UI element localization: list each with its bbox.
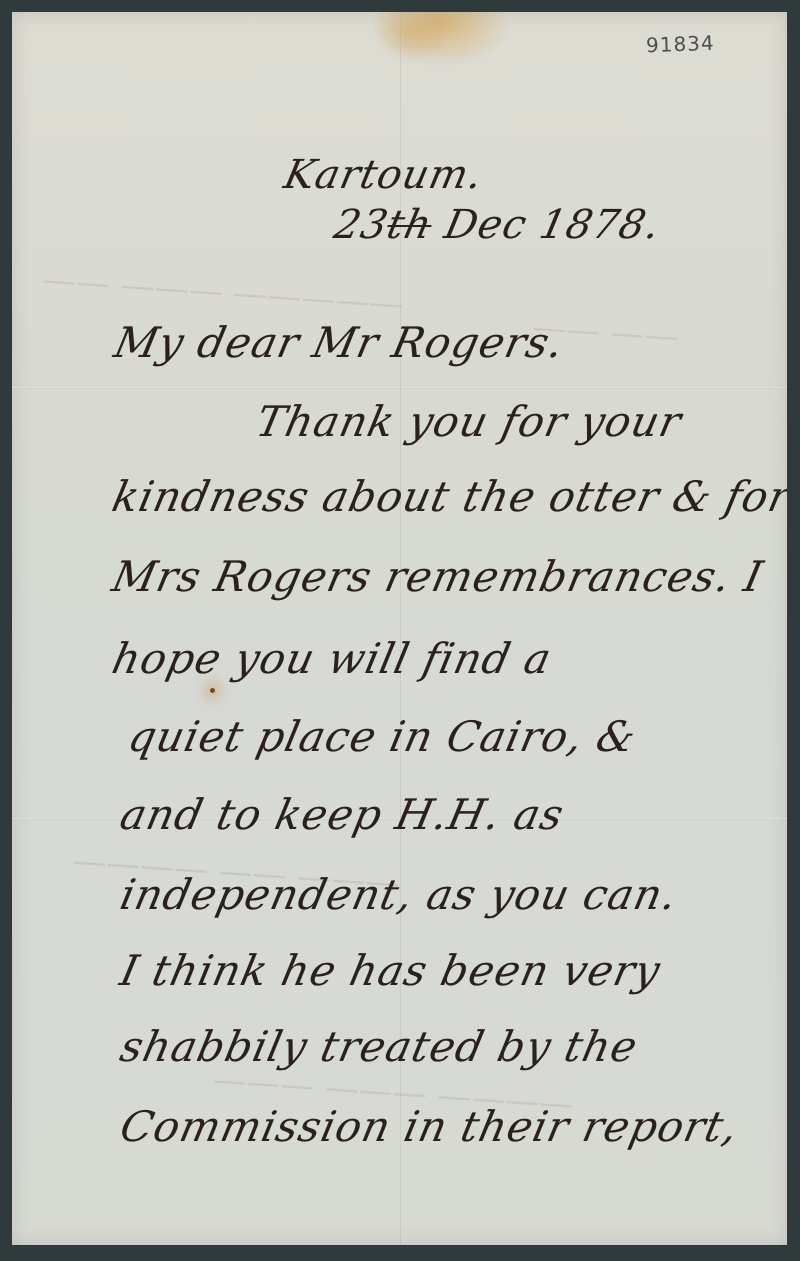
body-line: quiet place in Cairo, & (124, 712, 641, 761)
foxing-spot (210, 688, 215, 693)
body-line: Thank you for your (252, 397, 686, 446)
body-line: Mrs Rogers remembrances. I (108, 552, 768, 601)
bleed-through-text: ————— ——— —— (41, 259, 405, 324)
body-line: shabbily treated by the (116, 1022, 642, 1071)
body-line: hope you will find a (108, 634, 556, 683)
letter-date: 23th Dec 1878. (330, 202, 665, 248)
body-line: Commission in their report, (116, 1102, 743, 1151)
salutation: My dear Mr Rogers. (110, 318, 569, 367)
body-line: and to keep H.H. as (116, 790, 569, 839)
scan-frame: ————— ——— —— —— —— ——— —— ———— ———— ——— … (0, 0, 800, 1261)
body-line: kindness about the otter & for (108, 472, 787, 521)
catalog-number: 91834 (646, 31, 715, 57)
letter-page: ————— ——— —— —— —— ——— —— ———— ———— ——— … (12, 12, 787, 1245)
date-month-year: Dec 1878. (427, 202, 665, 248)
letter-place: Kartoum. (280, 152, 487, 198)
body-line: independent, as you can. (116, 870, 682, 919)
body-line: I think he has been very (116, 946, 665, 995)
